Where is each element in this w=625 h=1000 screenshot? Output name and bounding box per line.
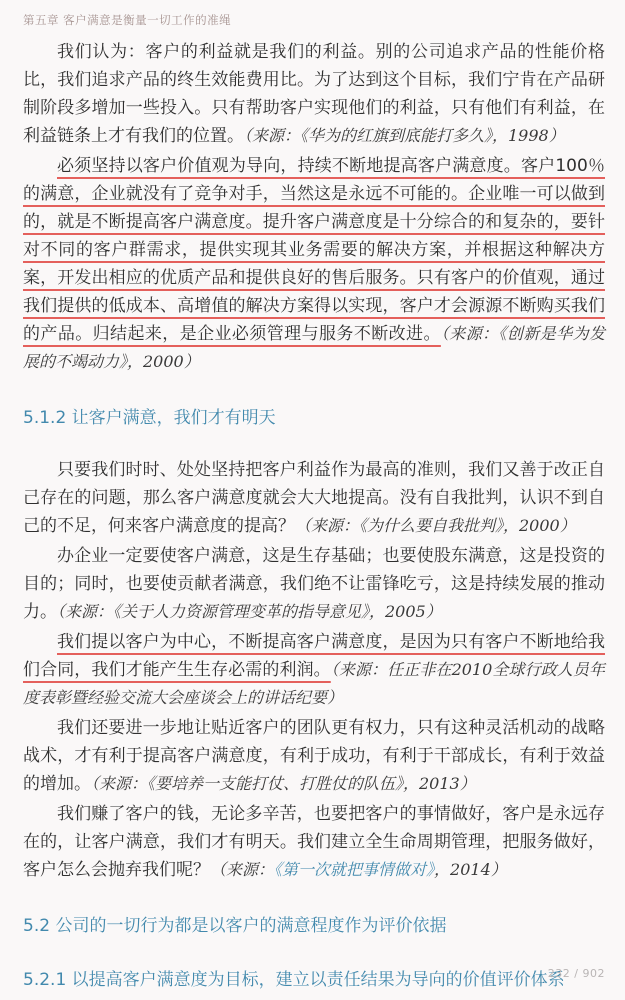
citation-text: （来源： (210, 860, 274, 879)
citation-text: （来源：《为什么要自我批判》，2000） (295, 516, 576, 535)
citation-text: （来源：《关于人力资源管理变革的指导意见》，2005） (57, 602, 442, 621)
chapter-running-header: 第五章 客户满意是衡量一切工作的准绳 (23, 0, 605, 27)
body-paragraph: 只要我们时时、处处坚持把客户利益作为最高的准则，我们又善于改正自己存在的问题，那… (23, 456, 605, 540)
body-paragraph-underlined: 必须坚持以客户价值观为导向，持续不断地提高客户满意度。客户100％的满意，企业就… (23, 152, 605, 376)
citation-link[interactable]: 《第一次就把事情做对》 (274, 860, 434, 879)
reader-page: 第五章 客户满意是衡量一切工作的准绳 我们认为：客户的利益就是我们的利益。别的公… (0, 0, 625, 992)
section-heading-5-2-1: 5.2.1 以提高客户满意度为目标，建立以责任结果为导向的价值评价体系 (23, 968, 605, 992)
body-paragraph: 我们赚了客户的钱，无论多辛苦，也要把客户的事情做好，客户是永远存在的，让客户满意… (23, 800, 605, 884)
section-heading-5-2: 5.2 公司的一切行为都是以客户的满意程度作为评价依据 (23, 914, 605, 938)
body-paragraph: 办企业一定要使客户满意，这是生存基础；也要使股东满意，这是投资的目的；同时，也要… (23, 542, 605, 626)
page-indicator: 232 / 902 (548, 967, 605, 980)
body-paragraph-underlined: 我们提以客户为中心，不断提高客户满意度，是因为只有客户不断地给我们合同，我们才能… (23, 628, 605, 712)
body-paragraph: 我们认为：客户的利益就是我们的利益。别的公司追求产品的性能价格比，我们追求产品的… (23, 38, 605, 150)
emphasized-text: 必须坚持以客户价值观为导向，持续不断地提高客户满意度。客户100％的满意，企业就… (23, 156, 605, 344)
citation-text: （来源：《要培养一支能打仗、打胜仗的队伍》，2013） (91, 774, 476, 793)
citation-text: ，2014） (434, 860, 507, 879)
citation-text: （来源：《华为的红旗到底能打多久》，1998） (244, 126, 565, 145)
page-content: 我们认为：客户的利益就是我们的利益。别的公司追求产品的性能价格比，我们追求产品的… (23, 38, 605, 992)
body-paragraph: 我们还要进一步地让贴近客户的团队更有权力，只有这种灵活机动的战略战术，才有利于提… (23, 714, 605, 798)
section-heading-5-1-2: 5.1.2 让客户满意，我们才有明天 (23, 406, 605, 430)
